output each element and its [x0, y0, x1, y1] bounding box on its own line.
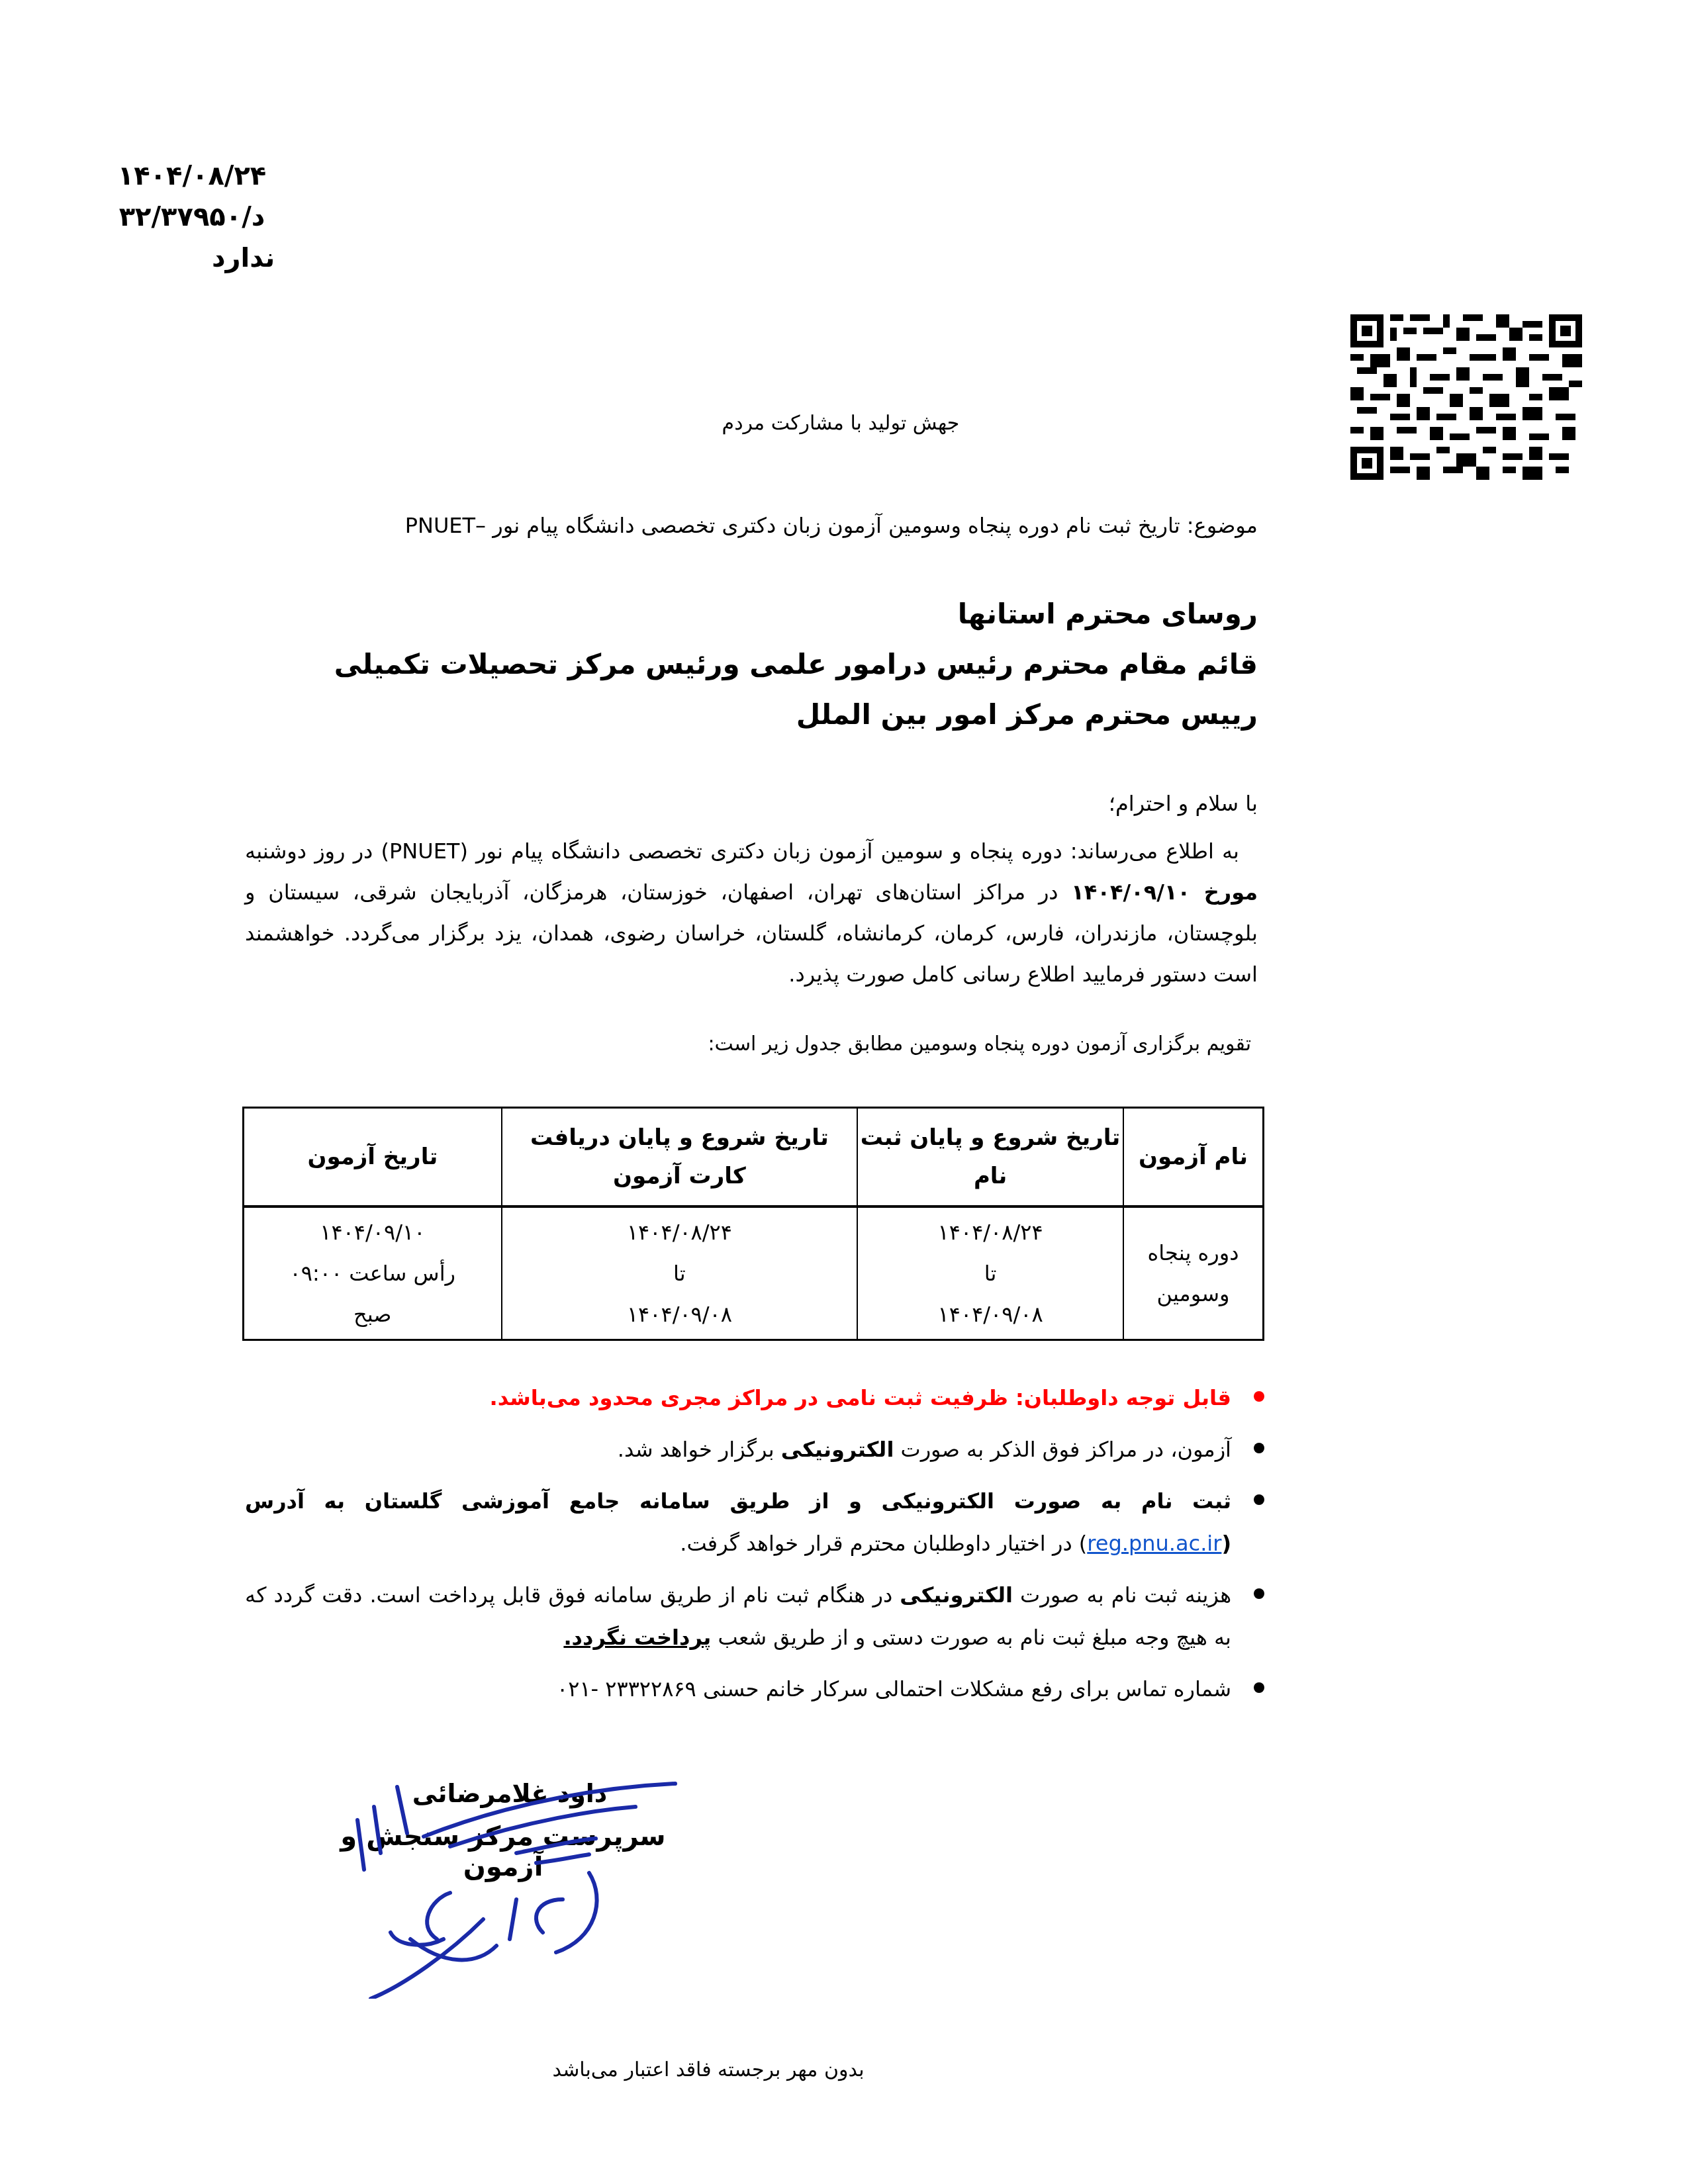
cell-registration-dates: ۱۴۰۴/۰۸/۲۴ تا ۱۴۰۴/۰۹/۰۸: [857, 1206, 1123, 1340]
registration-start: ۱۴۰۴/۰۸/۲۴: [859, 1212, 1122, 1253]
letter-date: ۱۴۰۴/۰۸/۲۴: [99, 156, 285, 197]
recipients-list: روسای محترم استانها قائم مقام محترم رئیس…: [265, 589, 1258, 740]
header-registration-dates: تاریخ شروع و پایان ثبت نام: [857, 1108, 1123, 1207]
body-text-start: به اطلاع می‌رساند: دوره پنجاه و سومین آز…: [245, 839, 1239, 864]
registration-to: تا: [859, 1253, 1122, 1294]
greeting: با سلام و احترام؛: [1109, 791, 1258, 816]
letter-subject: موضوع: تاریخ ثبت نام دوره پنجاه وسومین آ…: [298, 513, 1258, 538]
note-contact: شماره تماس برای رفع مشکلات احتمالی سرکار…: [245, 1668, 1264, 1710]
bullet-icon: [1254, 1443, 1264, 1453]
exam-time: رأس ساعت ۰۹:۰۰: [245, 1253, 500, 1294]
header-card-dates: تاریخ شروع و پایان دریافت کارت آزمون: [502, 1108, 858, 1207]
body-paragraph: به اطلاع می‌رساند: دوره پنجاه و سومین آز…: [245, 831, 1258, 995]
table-header-row: نام آزمون تاریخ شروع و پایان ثبت نام تار…: [244, 1108, 1264, 1207]
note-text: هزینه ثبت نام به صورت: [1013, 1582, 1231, 1608]
note-underline: پرداخت نگردد.: [563, 1625, 711, 1650]
note-text: آزمون، در مراکز فوق الذکر به صورت: [894, 1437, 1231, 1462]
note-bold: سامانه جامع آموزشی گلستان: [365, 1488, 710, 1514]
note-text: ثبت نام به صورت الکترونیکی و از طریق: [710, 1488, 1231, 1514]
card-end: ۱۴۰۴/۰۹/۰۸: [503, 1294, 857, 1335]
registration-end: ۱۴۰۴/۰۹/۰۸: [859, 1294, 1122, 1335]
exam-date: ۱۴۰۴/۰۹/۱۰: [245, 1212, 500, 1253]
exam-time-period: صبح: [245, 1294, 500, 1335]
note-bold: الکترونیکی: [900, 1582, 1013, 1608]
exam-schedule-table: نام آزمون تاریخ شروع و پایان ثبت نام تار…: [242, 1107, 1264, 1341]
letter-number: د/۳۲/۳۷۹۵۰: [99, 197, 285, 238]
registration-link[interactable]: reg.pnu.ac.ir: [1087, 1531, 1221, 1556]
schedule-intro: تقویم برگزاری آزمون دوره پنجاه وسومین مط…: [708, 1032, 1251, 1056]
footer-note: بدون مهر برجسته فاقد اعتبار می‌باشد: [523, 2058, 894, 2081]
notes-list: قابل توجه داوطلبان: ظرفیت ثبت نامی در مر…: [245, 1377, 1264, 1719]
note-electronic-exam: آزمون، در مراکز فوق الذکر به صورت الکترو…: [245, 1428, 1264, 1471]
cell-exam-date: ۱۴۰۴/۰۹/۱۰ رأس ساعت ۰۹:۰۰ صبح: [244, 1206, 502, 1340]
national-motto: جهش تولید با مشارکت مردم: [695, 412, 986, 435]
card-to: تا: [503, 1253, 857, 1294]
note-registration-system: ثبت نام به صورت الکترونیکی و از طریق سام…: [245, 1480, 1264, 1565]
bullet-icon: [1254, 1588, 1264, 1599]
bullet-icon: [1254, 1391, 1264, 1402]
cell-card-dates: ۱۴۰۴/۰۸/۲۴ تا ۱۴۰۴/۰۹/۰۸: [502, 1206, 858, 1340]
header-exam-date: تاریخ آزمون: [244, 1108, 502, 1207]
bullet-icon: [1254, 1682, 1264, 1693]
note-capacity-warning: قابل توجه داوطلبان: ظرفیت ثبت نامی در مر…: [245, 1377, 1264, 1419]
note-payment: هزینه ثبت نام به صورت الکترونیکی در هنگا…: [245, 1574, 1264, 1659]
recipient-3: رییس محترم مرکز امور بین الملل: [265, 690, 1258, 740]
letter-body: به اطلاع می‌رساند: دوره پنجاه و سومین آز…: [245, 831, 1258, 995]
exam-date-highlight: مورخ ۱۴۰۴/۰۹/۱۰: [1071, 880, 1258, 905]
recipient-1: روسای محترم استانها: [265, 589, 1258, 639]
letter-reference: ۱۴۰۴/۰۸/۲۴ د/۳۲/۳۷۹۵۰ ندارد: [99, 156, 285, 279]
note-text: قابل توجه داوطلبان: ظرفیت ثبت نامی در مر…: [490, 1385, 1231, 1410]
table-row: دوره پنجاه وسومین ۱۴۰۴/۰۸/۲۴ تا ۱۴۰۴/۰۹/…: [244, 1206, 1264, 1340]
qr-code-icon: [1350, 314, 1582, 480]
card-start: ۱۴۰۴/۰۸/۲۴: [503, 1212, 857, 1253]
bullet-icon: [1254, 1494, 1264, 1505]
note-text: ) در اختیار داوطلبان محترم قرار خواهد گر…: [680, 1531, 1087, 1556]
header-exam-name: نام آزمون: [1123, 1108, 1264, 1207]
handwritten-signature-icon: [344, 1747, 688, 1999]
recipient-2: قائم مقام محترم رئیس درامور علمی ورئیس م…: [265, 639, 1258, 690]
note-text: شماره تماس برای رفع مشکلات احتمالی سرکار…: [557, 1676, 1231, 1702]
cell-exam-name: دوره پنجاه وسومین: [1123, 1206, 1264, 1340]
note-text: برگزار خواهد شد.: [618, 1437, 781, 1462]
note-bold: الکترونیکی: [781, 1437, 894, 1462]
letter-attachment: ندارد: [99, 238, 285, 279]
